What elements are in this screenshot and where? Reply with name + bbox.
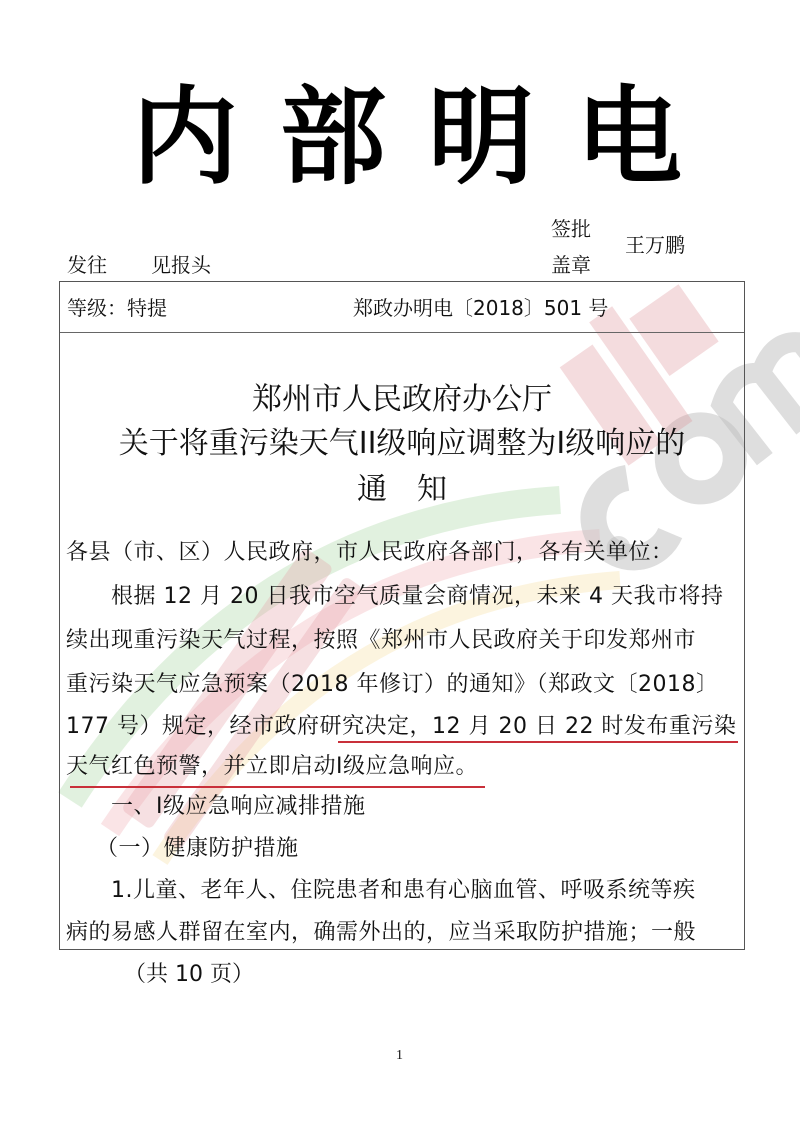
item-line: 病的易感人群留在室内，确需外出的，应当采取防护措施；一般: [66, 918, 696, 948]
paragraph-line: 根据 12 月 20 日我市空气质量会商情况，未来 4 天我市将持: [66, 582, 723, 612]
send-to-label: 发往: [67, 253, 107, 277]
title-char: 部: [280, 72, 386, 202]
send-to-value: 见报头: [151, 253, 211, 277]
addressee-line: 各县（市、区）人民政府，市人民政府各部门，各有关单位：: [66, 538, 674, 568]
sign-label: 签批: [551, 217, 591, 241]
subject-heading: 关于将重污染天气II级响应调整为I级响应的: [59, 424, 745, 464]
item-line: 1.儿童、老年人、住院患者和患有心脑血管、呼吸系统等疾: [66, 876, 696, 906]
issuer-heading: 郑州市人民政府办公厅: [59, 380, 745, 420]
title-char: 电: [576, 72, 682, 202]
highlight-underline: [70, 786, 485, 788]
total-pages: （共 10 页）: [124, 960, 254, 990]
title-char: 明: [428, 72, 534, 202]
paragraph-line: 天气红色预警，并立即启动I级应急响应。: [66, 752, 478, 782]
stamp-label: 盖章: [551, 253, 591, 277]
notice-type-heading: 通 知: [59, 470, 745, 510]
title-char: 内: [132, 72, 238, 202]
section-heading: 一、I级应急响应减排措施: [66, 792, 366, 822]
frame-divider: [60, 332, 744, 333]
paragraph-line: 续出现重污染天气过程，按照《郑州市人民政府关于印发郑州市: [66, 626, 696, 656]
subsection-heading: （一）健康防护措施: [66, 834, 299, 864]
signer-name: 王万鹏: [625, 233, 685, 257]
highlight-underline: [338, 741, 738, 743]
paragraph-line: 177 号）规定，经市政府研究决定，12 月 20 日 22 时发布重污染: [66, 712, 736, 742]
paragraph-line: 重污染天气应急预案（2018 年修订）的通知》（郑政文〔2018〕: [66, 670, 718, 700]
urgency-level: 等级：特提: [67, 296, 167, 320]
document-number: 郑政办明电〔2018〕501 号: [353, 296, 608, 320]
telegram-title: 内 部 明 电: [0, 72, 800, 202]
page-number: 1: [396, 1048, 403, 1064]
